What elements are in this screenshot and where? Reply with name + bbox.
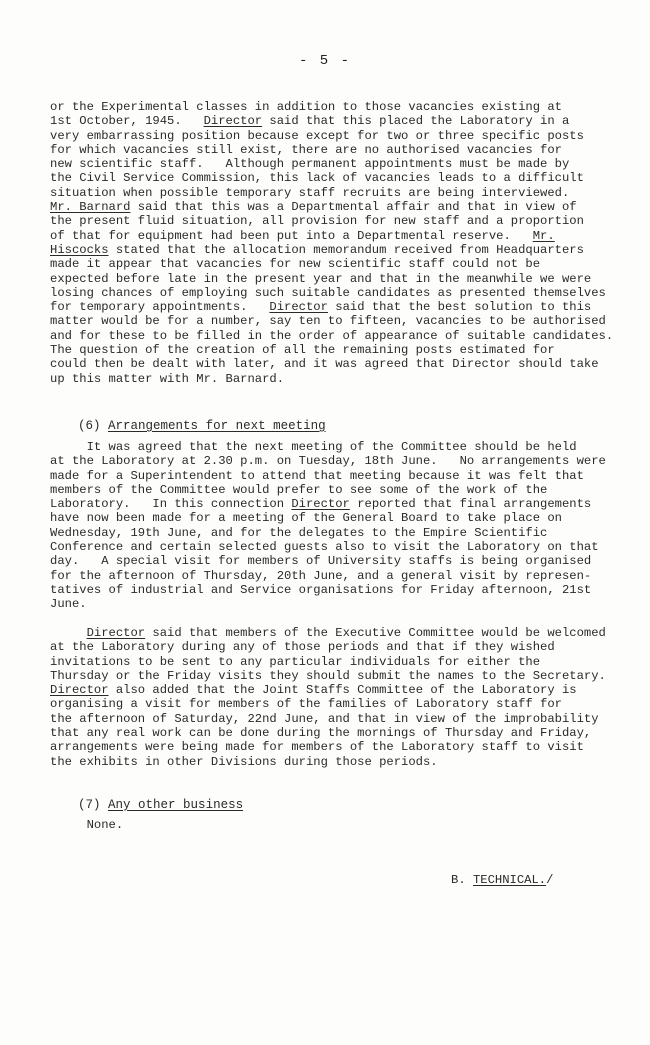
text-line: for which vacancies still exist, there a…	[50, 143, 610, 157]
underlined-name: Director	[269, 300, 328, 314]
text-line: very embarrassing position because excep…	[50, 129, 610, 143]
text-line: The question of the creation of all the …	[50, 343, 610, 357]
text-line: None.	[50, 818, 610, 832]
text-line: up this matter with Mr. Barnard.	[50, 372, 610, 386]
text-line: Director also added that the Joint Staff…	[50, 683, 610, 697]
text-line: at the Laboratory at 2.30 p.m. on Tuesda…	[50, 454, 610, 468]
page-number: - 5 -	[0, 53, 650, 69]
document-page: - 5 - or the Experimental classes in add…	[0, 0, 650, 1045]
text-line: arrangements were being made for members…	[50, 740, 610, 754]
text-line: have now been made for a meeting of the …	[50, 511, 610, 525]
text-line: Wednesday, 19th June, and for the delega…	[50, 526, 610, 540]
text-line: 1st October, 1945. Director said that th…	[50, 114, 610, 128]
text-line: that any real work can be done during th…	[50, 726, 610, 740]
paragraph-executive-committee: Director said that members of the Execut…	[50, 626, 610, 769]
text-line: members of the Committee would prefer to…	[50, 483, 610, 497]
text-line: Director said that members of the Execut…	[50, 626, 610, 640]
text-line: situation when possible temporary staff …	[50, 186, 610, 200]
section-title: Any other business	[108, 798, 243, 812]
paragraph-staff-vacancies: or the Experimental classes in addition …	[50, 100, 610, 386]
paragraph-next-meeting: It was agreed that the next meeting of t…	[50, 440, 610, 612]
text-line: of that for equipment had been put into …	[50, 229, 610, 243]
text-line: Hiscocks stated that the allocation memo…	[50, 243, 610, 257]
underlined-name: Mr. Barnard	[50, 200, 130, 214]
text-line: Conference and certain selected guests a…	[50, 540, 610, 554]
text-line: for the afternoon of Thursday, 20th June…	[50, 569, 610, 583]
section-title: Arrangements for next meeting	[108, 419, 326, 433]
text-line: Thursday or the Friday visits they shoul…	[50, 669, 610, 683]
text-line: invitations to be sent to any particular…	[50, 655, 610, 669]
text-line: tatives of industrial and Service organi…	[50, 583, 610, 597]
underlined-name: Mr.	[533, 229, 555, 243]
section-number: (7)	[78, 798, 101, 812]
underlined-name: Director	[87, 626, 146, 640]
underlined-name: Director	[204, 114, 263, 128]
text-line: and for these to be filled in the order …	[50, 329, 610, 343]
underlined-name: Director	[50, 683, 109, 697]
text-line: the present fluid situation, all provisi…	[50, 214, 610, 228]
continuation-marker: B. TECHNICAL./	[451, 873, 553, 887]
text-line: for temporary appointments. Director sai…	[50, 300, 610, 314]
text-line: Mr. Barnard said that this was a Departm…	[50, 200, 610, 214]
text-line: made it appear that vacancies for new sc…	[50, 257, 610, 271]
underlined-name: Director	[291, 497, 350, 511]
text-line: matter would be for a number, say ten to…	[50, 314, 610, 328]
text-line: at the Laboratory during any of those pe…	[50, 640, 610, 654]
text-line: the afternoon of Saturday, 22nd June, an…	[50, 712, 610, 726]
text-line: made for a Superintendent to attend that…	[50, 469, 610, 483]
text-line: expected before late in the present year…	[50, 272, 610, 286]
text-line: the Civil Service Commission, this lack …	[50, 171, 610, 185]
text-line: the exhibits in other Divisions during t…	[50, 755, 610, 769]
section-number: (6)	[78, 419, 101, 433]
text-line: new scientific staff. Although permanent…	[50, 157, 610, 171]
text-line: June.	[50, 597, 610, 611]
underlined-name: Hiscocks	[50, 243, 109, 257]
text-line: could then be dealt with later, and it w…	[50, 357, 610, 371]
text-line: day. A special visit for members of Univ…	[50, 554, 610, 568]
text-line: or the Experimental classes in addition …	[50, 100, 610, 114]
text-line: It was agreed that the next meeting of t…	[50, 440, 610, 454]
text-line: Laboratory. In this connection Director …	[50, 497, 610, 511]
text-line: losing chances of employing such suitabl…	[50, 286, 610, 300]
text-line: organising a visit for members of the fa…	[50, 697, 610, 711]
paragraph-none: None.	[50, 818, 610, 832]
next-section-label: TECHNICAL.	[473, 873, 546, 887]
